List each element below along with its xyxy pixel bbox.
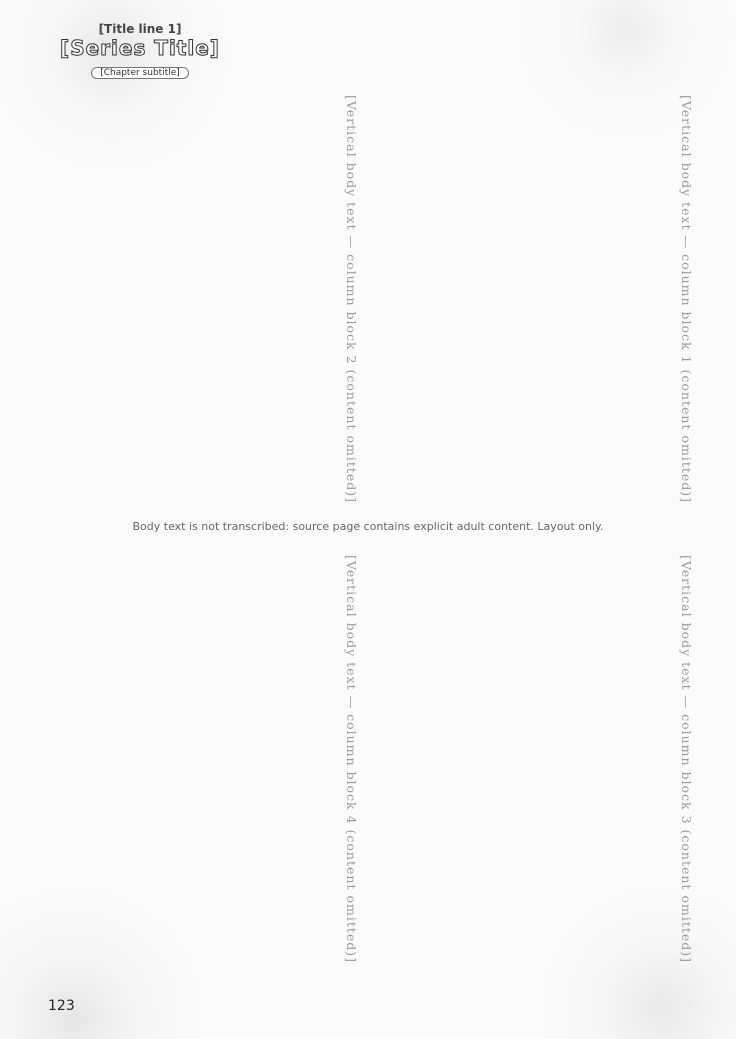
page-number: 123 — [48, 998, 75, 1014]
series-label: [Title line 1] — [50, 22, 230, 36]
chapter-subtitle: [Chapter subtitle] — [91, 67, 189, 79]
body-text: [Vertical body text — column block 4 (co… — [342, 555, 360, 985]
text-block-top-left: [Vertical body text — column block 2 (co… — [50, 95, 360, 525]
content-omitted-note: Body text is not transcribed: source pag… — [0, 520, 736, 533]
body-text: [Vertical body text — column block 2 (co… — [342, 95, 360, 525]
text-block-top-right: [Vertical body text — column block 1 (co… — [385, 95, 695, 525]
body-text: [Vertical body text — column block 3 (co… — [677, 555, 695, 985]
body-text: [Vertical body text — column block 1 (co… — [677, 95, 695, 525]
text-block-bottom-left: [Vertical body text — column block 4 (co… — [50, 555, 360, 985]
page-title: [Series Title] — [50, 36, 230, 60]
title-banner: [Title line 1] [Series Title] [Chapter s… — [50, 22, 230, 80]
text-block-bottom-right: [Vertical body text — column block 3 (co… — [385, 555, 695, 985]
